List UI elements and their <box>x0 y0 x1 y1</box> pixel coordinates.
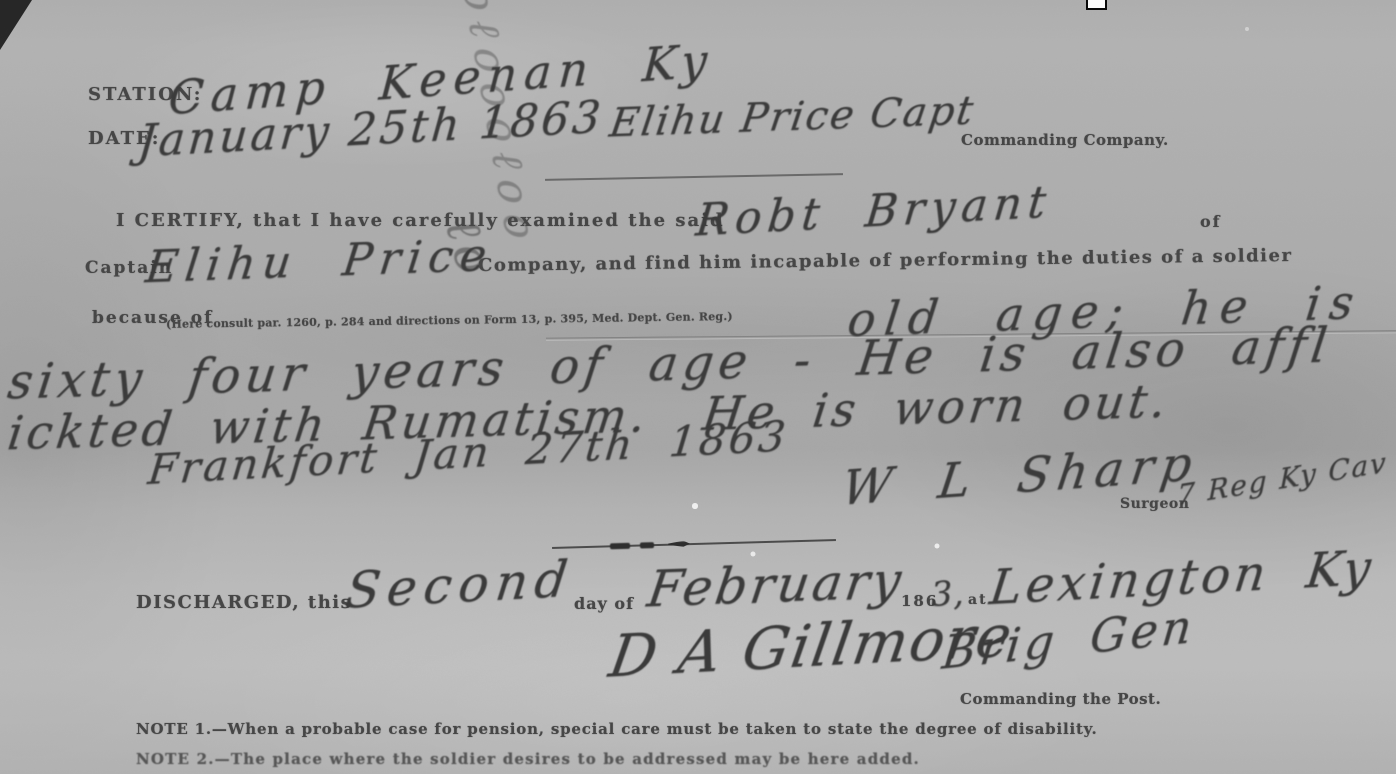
incapable-statement: Company, and find him incapable of perfo… <box>478 245 1293 276</box>
scan-artifact-box <box>1086 0 1107 10</box>
ink-dash <box>610 542 630 549</box>
stray-pen-line <box>545 173 843 181</box>
soldier-name-handwriting: Robt Bryant <box>694 177 1055 247</box>
paper-specks <box>0 0 2 2</box>
captain-name-handwriting: Elihu Price <box>143 230 496 293</box>
consult-regulations-note: (Here consult par. 1260, p. 284 and dire… <box>166 310 733 331</box>
strikethrough-line <box>552 539 836 548</box>
scan-corner-mark <box>0 0 32 50</box>
scanned-discharge-certificate: oℓoooℓoo ℓo STATION: Camp Keenan Ky DATE… <box>0 0 1396 774</box>
ink-dash <box>640 542 654 548</box>
footnote-1: NOTE 1.—When a probable case for pension… <box>136 720 1098 738</box>
surgeon-unit-handwriting: 7 Reg Ky Cav <box>1177 445 1388 512</box>
discharged-this-label: DISCHARGED, this <box>136 592 352 613</box>
day-of-label: day of <box>574 594 634 613</box>
footnote-2: NOTE 2.—The place where the soldier desi… <box>136 750 920 768</box>
commanding-the-post-label: Commanding the Post. <box>960 690 1161 708</box>
of-label: of <box>1200 212 1222 231</box>
company-officer-signature: Elihu Price Capt <box>607 88 978 147</box>
commanding-company-label: Commanding Company. <box>961 131 1169 149</box>
certify-statement: I CERTIFY, that I have carefully examine… <box>116 210 725 231</box>
strikethrough-mark <box>552 534 836 554</box>
discharge-day-handwriting: Second <box>343 550 578 620</box>
ink-dash <box>668 541 690 548</box>
